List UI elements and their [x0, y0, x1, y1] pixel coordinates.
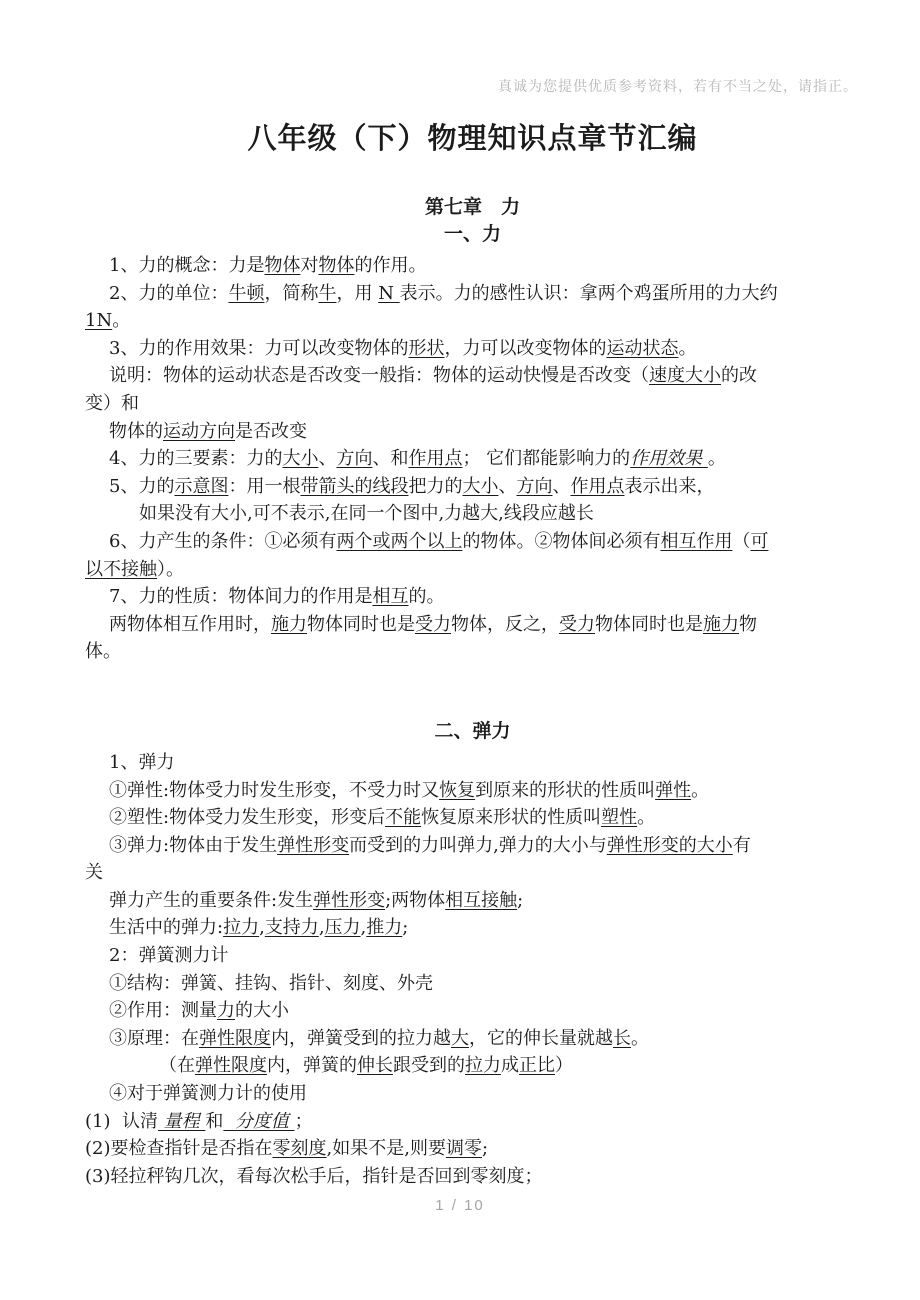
- text-run: 、: [552, 476, 570, 497]
- doc-line: 2、力的单位：牛顿，简称牛，用 N 表示。力的感性认识：拿两个鸡蛋所用的力大约: [85, 280, 860, 308]
- underlined-term: 量程: [158, 1111, 205, 1132]
- underlined-term: 长: [613, 1028, 631, 1049]
- underlined-term: 两个或两个以上: [336, 531, 462, 552]
- underlined-term: 受力: [559, 614, 595, 635]
- underlined-term: 相互作用: [660, 531, 732, 552]
- text-run: ①结构：弹簧、挂钩、指针、刻度、外壳: [109, 973, 433, 994]
- text-run: 6、力产生的条件：①必须有: [109, 531, 336, 552]
- underlined-term: 相互: [372, 586, 408, 607]
- doc-line: （在弹性限度内，弹簧的伸长跟受到的拉力成正比）: [85, 1052, 860, 1080]
- text-run: 跟受到的: [393, 1055, 465, 1076]
- text-run: 两物体相互作用时，: [109, 614, 271, 635]
- header-note: 真诚为您提供优质参考资料，若有不当之处，请指正。: [498, 76, 858, 96]
- underlined-term: 不能: [385, 807, 421, 828]
- underlined-term: 示意图: [174, 476, 228, 497]
- underlined-term: 伸长: [357, 1055, 393, 1076]
- text-run: 。: [691, 780, 709, 801]
- underlined-term: 弹性形变: [313, 890, 385, 911]
- text-run: 弹力产生的重要条件:发生: [109, 890, 313, 911]
- text-run: 第七章 力: [425, 196, 520, 218]
- text-run: 内，弹簧的: [267, 1055, 357, 1076]
- document-title: 八年级（下）物理知识点章节汇编: [85, 118, 860, 158]
- text-run: ;两物体: [385, 890, 445, 911]
- underlined-term: 牛: [318, 283, 336, 304]
- underlined-term: 1N: [85, 310, 112, 331]
- text-run: 的。: [408, 586, 444, 607]
- text-run: 。: [112, 310, 130, 331]
- text-run: （: [732, 531, 750, 552]
- doc-line: 1、弹力: [85, 749, 860, 777]
- text-run: 对: [300, 255, 318, 276]
- doc-line: 1N。: [85, 307, 860, 335]
- text-run: 把力的: [408, 476, 462, 497]
- doc-line: 变）和: [85, 390, 860, 418]
- text-run: 的作用。: [354, 255, 426, 276]
- doc-line: 两物体相互作用时，施力物体同时也是受力物体，反之，受力物体同时也是施力物: [85, 611, 860, 639]
- underlined-term: 方向: [516, 476, 552, 497]
- document-body: 第七章 力一、力1、力的概念：力是物体对物体的作用。2、力的单位：牛顿，简称牛，…: [85, 194, 860, 1190]
- underlined-term: 拉力: [223, 917, 259, 938]
- text-run: 、: [318, 448, 336, 469]
- doc-line: 物体的运动方向是否改变: [85, 418, 860, 446]
- underlined-term: 牛顿: [228, 283, 264, 304]
- text-run: (2)要检查指针是否指在: [85, 1138, 273, 1159]
- text-run: 关: [85, 862, 103, 883]
- doc-line: 说明：物体的运动状态是否改变一般指：物体的运动快慢是否改变（速度大小的改: [85, 362, 860, 390]
- underlined-term: 受力: [415, 614, 451, 635]
- doc-line: 生活中的弹力:拉力,支持力,压力,推力;: [85, 914, 860, 942]
- text-run: ②作用：测量: [109, 1000, 217, 1021]
- text-run: ，力可以改变物体的: [444, 338, 606, 359]
- text-run: 物体同时也是: [595, 614, 703, 635]
- doc-line: ①结构：弹簧、挂钩、指针、刻度、外壳: [85, 970, 860, 998]
- text-run: 而受到的力叫弹力,弹力的大小与: [349, 835, 607, 856]
- text-run: 表示出来，: [624, 476, 714, 497]
- underlined-term: 支持力: [265, 917, 319, 938]
- text-run: 、: [498, 476, 516, 497]
- text-run: 变）和: [85, 393, 139, 414]
- text-run: ,如果不是,则要: [327, 1138, 446, 1159]
- underlined-term: 方向: [336, 448, 372, 469]
- doc-line: (1) 认清 量程 和 分度值 ；: [85, 1108, 860, 1136]
- underlined-term: 运动状态: [606, 338, 678, 359]
- text-run: ;: [402, 917, 408, 938]
- text-run: 到原来的形状的性质叫: [475, 780, 655, 801]
- underlined-term: 力: [217, 1000, 235, 1021]
- underlined-term: 恢复: [439, 780, 475, 801]
- doc-line: 7、力的性质：物体间力的作用是相互的。: [85, 583, 860, 611]
- doc-line: ③原理：在弹性限度内，弹簧受到的拉力越大，它的伸长量就越长。: [85, 1025, 860, 1053]
- text-run: 1、力的概念：力是: [109, 255, 264, 276]
- text-run: 恢复原来形状的性质叫: [421, 807, 601, 828]
- doc-line: 6、力产生的条件：①必须有两个或两个以上的物体。②物体间必须有相互作用（可: [85, 528, 860, 556]
- underlined-term: 塑性: [601, 807, 637, 828]
- doc-line: ④对于弹簧测力计的使用: [85, 1080, 860, 1108]
- underlined-term: 弹性形变: [277, 835, 349, 856]
- underlined-term: 施力: [271, 614, 307, 635]
- underlined-term: 大: [451, 1028, 469, 1049]
- doc-line: 以不接触）。: [85, 556, 860, 584]
- text-run: 二、弹力: [434, 720, 510, 742]
- text-run: 。: [708, 448, 726, 469]
- doc-line: ②作用：测量力的大小: [85, 997, 860, 1025]
- underlined-term: 正比: [519, 1055, 555, 1076]
- doc-line: (2)要检查指针是否指在零刻度,如果不是,则要调零;: [85, 1135, 860, 1163]
- doc-line: ②塑性:物体受力发生形变，形变后不能恢复原来形状的性质叫塑性。: [85, 804, 860, 832]
- doc-line: 2：弹簧测力计: [85, 942, 860, 970]
- text-run: 是否改变: [235, 421, 307, 442]
- text-run: 一、力: [444, 223, 501, 245]
- underlined-term: 可: [750, 531, 768, 552]
- text-run: 如果没有大小,可不表示,在同一个图中,力越大,线段应越长: [139, 503, 594, 524]
- text-run: （在: [159, 1055, 195, 1076]
- underlined-term: 以不接触: [85, 559, 157, 580]
- underlined-term: 带箭头的线段: [300, 476, 408, 497]
- text-run: ②塑性:物体受力发生形变，形变后: [109, 807, 385, 828]
- text-run: 物: [739, 614, 757, 635]
- underlined-term: 作用效果: [630, 448, 708, 469]
- doc-line: 关: [85, 859, 860, 887]
- text-run: 说明：物体的运动状态是否改变一般指：物体的运动快慢是否改变（: [109, 365, 649, 386]
- doc-line: 如果没有大小,可不表示,在同一个图中,力越大,线段应越长: [85, 500, 860, 528]
- text-run: ； 它们都能影响力的: [462, 448, 630, 469]
- doc-line: ①弹性:物体受力时发生形变，不受力时又恢复到原来的形状的性质叫弹性。: [85, 777, 860, 805]
- text-run: 和: [205, 1111, 223, 1132]
- text-run: 4、力的三要素：力的: [109, 448, 282, 469]
- doc-line: 弹力产生的重要条件:发生弹性形变;两物体相互接触;: [85, 887, 860, 915]
- underlined-term: 速度大小: [649, 365, 721, 386]
- text-run: 。: [637, 807, 655, 828]
- text-run: 内，弹簧受到的拉力越: [271, 1028, 451, 1049]
- text-run: (3)轻拉秤钩几次，看每次松手后，指针是否回到零刻度；: [85, 1166, 543, 1187]
- text-run: 物体的: [109, 421, 163, 442]
- underlined-term: 大小: [462, 476, 498, 497]
- underlined-term: 相互接触: [445, 890, 517, 911]
- text-run: (1) 认清: [85, 1111, 158, 1132]
- text-run: ；: [295, 1111, 313, 1132]
- text-run: 、和: [372, 448, 408, 469]
- text-run: 。: [678, 338, 696, 359]
- text-run: ）。: [157, 559, 184, 580]
- doc-line: 1、力的概念：力是物体对物体的作用。: [85, 252, 860, 280]
- doc-line: ③弹力:物体由于发生弹性形变而受到的力叫弹力,弹力的大小与弹性形变的大小有: [85, 832, 860, 860]
- underlined-term: 作用点: [570, 476, 624, 497]
- underlined-term: 压力: [325, 917, 361, 938]
- text-run: 表示。力的感性认识：拿两个鸡蛋所用的力大约: [400, 283, 778, 304]
- text-run: 物体同时也是: [307, 614, 415, 635]
- text-run: ③原理：在: [109, 1028, 199, 1049]
- text-run: ③弹力:物体由于发生: [109, 835, 277, 856]
- underlined-term: 形状: [408, 338, 444, 359]
- section-heading-force: 一、力: [85, 221, 860, 248]
- doc-line: 4、力的三要素：力的大小、方向、和作用点； 它们都能影响力的作用效果 。: [85, 445, 860, 473]
- text-run: 成: [501, 1055, 519, 1076]
- text-run: ：用一根: [228, 476, 300, 497]
- text-run: 的大小: [235, 1000, 289, 1021]
- text-run: 生活中的弹力:: [109, 917, 223, 938]
- underlined-term: 运动方向: [163, 421, 235, 442]
- underlined-term: 弹性形变的大小: [607, 835, 733, 856]
- text-run: ）: [555, 1055, 573, 1076]
- text-run: ①弹性:物体受力时发生形变，不受力时又: [109, 780, 439, 801]
- text-run: ，它的伸长量就越: [469, 1028, 613, 1049]
- text-run: 1、弹力: [109, 752, 174, 773]
- text-run: ;: [482, 1138, 488, 1159]
- text-run: 的物体。②物体间必须有: [462, 531, 660, 552]
- underlined-term: 大小: [282, 448, 318, 469]
- doc-line: 5、力的示意图：用一根带箭头的线段把力的大小、方向、作用点表示出来，: [85, 473, 860, 501]
- underlined-term: 物体: [318, 255, 354, 276]
- text-run: ;: [517, 890, 523, 911]
- text-run: 3、力的作用效果：力可以改变物体的: [109, 338, 408, 359]
- text-run: 有: [733, 835, 751, 856]
- underlined-term: 作用点: [408, 448, 462, 469]
- underlined-term: N: [378, 283, 399, 304]
- doc-line: (3)轻拉秤钩几次，看每次松手后，指针是否回到零刻度；: [85, 1163, 860, 1191]
- text-run: ，简称: [264, 283, 318, 304]
- text-run: 2：弹簧测力计: [109, 945, 228, 966]
- page-number-indicator: 1 / 10: [0, 1197, 920, 1214]
- doc-line: 体。: [85, 638, 860, 666]
- text-run: 体。: [85, 641, 121, 662]
- underlined-term: 物体: [264, 255, 300, 276]
- underlined-term: 推力: [366, 917, 402, 938]
- text-run: 的改: [721, 365, 757, 386]
- doc-line: 3、力的作用效果：力可以改变物体的形状，力可以改变物体的运动状态。: [85, 335, 860, 363]
- underlined-term: 零刻度: [273, 1138, 327, 1159]
- text-run: 7、力的性质：物体间力的作用是: [109, 586, 372, 607]
- text-run: 物体，反之，: [451, 614, 559, 635]
- text-run: 。: [631, 1028, 649, 1049]
- underlined-term: 弹性限度: [199, 1028, 271, 1049]
- text-run: ④对于弹簧测力计的使用: [109, 1083, 307, 1104]
- underlined-term: 弹性: [655, 780, 691, 801]
- text-run: 2、力的单位：: [109, 283, 228, 304]
- section-heading-chapter7: 第七章 力: [85, 194, 860, 221]
- text-run: ，用: [336, 283, 378, 304]
- underlined-term: 分度值: [223, 1111, 294, 1132]
- document-page: 真诚为您提供优质参考资料，若有不当之处，请指正。 八年级（下）物理知识点章节汇编…: [0, 0, 920, 1300]
- section-heading-elastic-force: 二、弹力: [85, 718, 860, 745]
- document-content: 八年级（下）物理知识点章节汇编 第七章 力一、力1、力的概念：力是物体对物体的作…: [0, 0, 920, 1190]
- underlined-term: 调零: [446, 1138, 482, 1159]
- underlined-term: 拉力: [465, 1055, 501, 1076]
- text-run: 5、力的: [109, 476, 174, 497]
- underlined-term: 弹性限度: [195, 1055, 267, 1076]
- underlined-term: 施力: [703, 614, 739, 635]
